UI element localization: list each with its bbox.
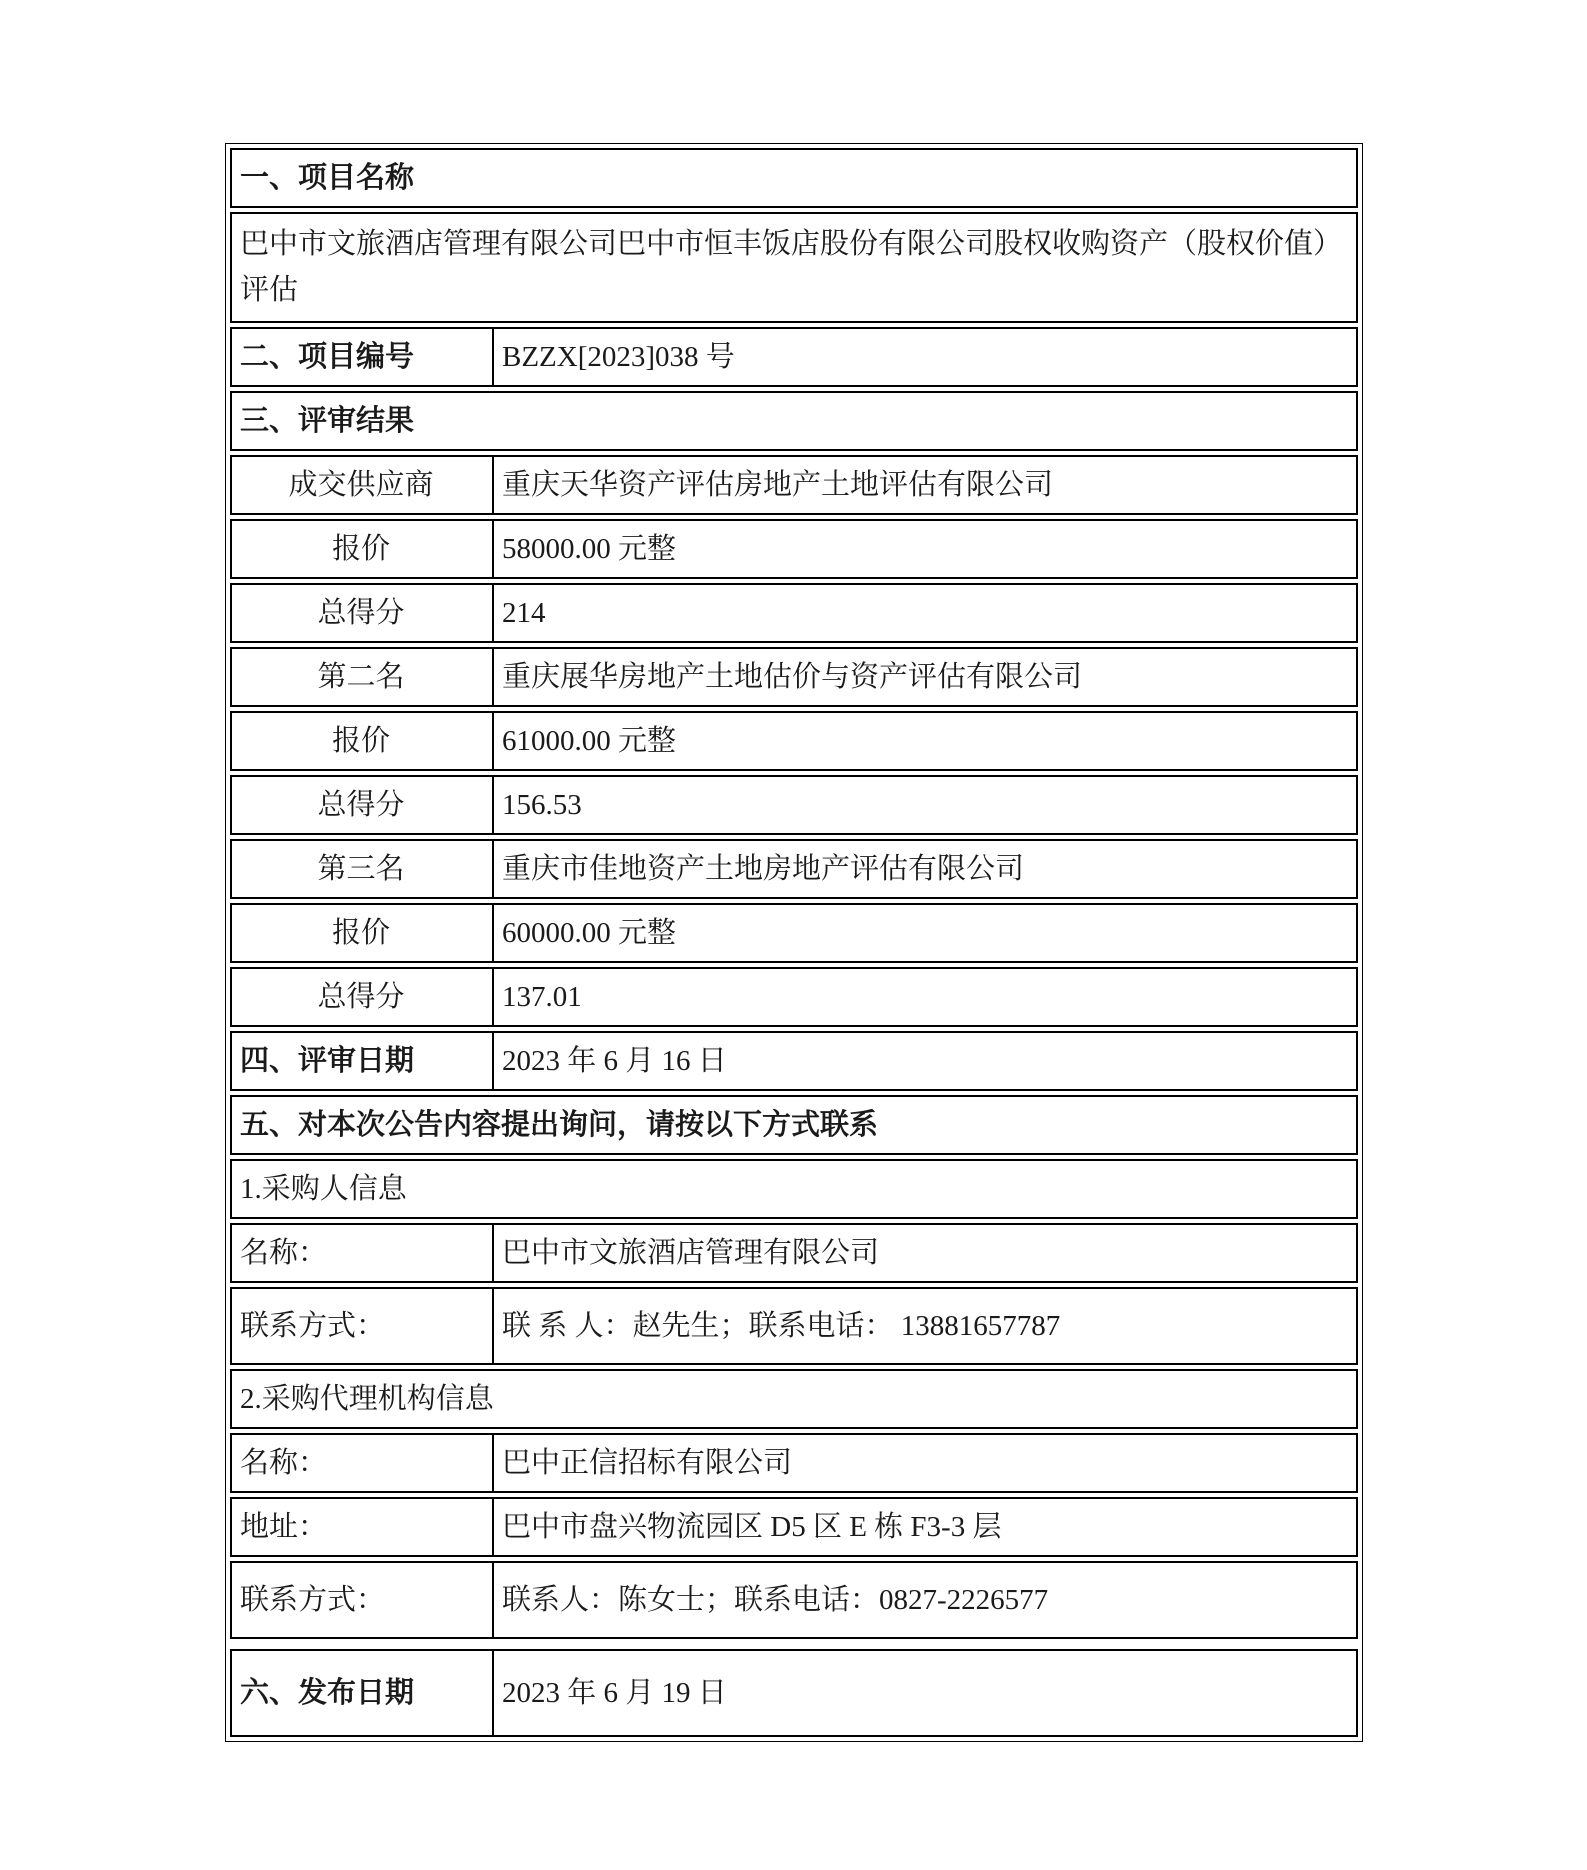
purchaser-contact-row: 联系方式： 联 系 人：赵先生；联系电话： 13881657787 — [230, 1287, 1358, 1365]
cell-value: 2023 年 6 月 16 日 — [494, 1033, 1356, 1089]
agency-address-row: 地址： 巴中市盘兴物流园区 D5 区 E 栋 F3-3 层 — [230, 1497, 1358, 1557]
cell-label: 总得分 — [232, 585, 494, 641]
third-price-row: 报价 60000.00 元整 — [230, 903, 1358, 963]
cell-label: 总得分 — [232, 969, 494, 1025]
cell-value: BZZX[2023]038 号 — [494, 329, 1356, 385]
second-price-row: 报价 61000.00 元整 — [230, 711, 1358, 771]
cell-label: 联系方式： — [232, 1563, 494, 1637]
cell-label: 六、发布日期 — [232, 1651, 494, 1735]
third-place-row: 第三名 重庆市佳地资产土地房地产评估有限公司 — [230, 839, 1358, 899]
cell-value: 2023 年 6 月 19 日 — [494, 1651, 1356, 1735]
agency-name-row: 名称： 巴中正信招标有限公司 — [230, 1433, 1358, 1493]
project-name-row: 巴中市文旅酒店管理有限公司巴中市恒丰饭店股份有限公司股权收购资产（股权价值）评估 — [230, 212, 1358, 323]
cell-label: 名称： — [232, 1435, 494, 1491]
review-result-header-row: 三、评审结果 — [230, 391, 1358, 451]
second-place-row: 第二名 重庆展华房地产土地估价与资产评估有限公司 — [230, 647, 1358, 707]
third-score-row: 总得分 137.01 — [230, 967, 1358, 1027]
cell-label: 地址： — [232, 1499, 494, 1555]
cell-value: 137.01 — [494, 969, 1356, 1025]
announcement-table: 一、项目名称 巴中市文旅酒店管理有限公司巴中市恒丰饭店股份有限公司股权收购资产（… — [225, 143, 1363, 1742]
section-title: 一、项目名称 — [232, 150, 1356, 206]
cell-value: 重庆市佳地资产土地房地产评估有限公司 — [494, 841, 1356, 897]
publish-date-row: 六、发布日期 2023 年 6 月 19 日 — [230, 1649, 1358, 1737]
second-score-row: 总得分 156.53 — [230, 775, 1358, 835]
project-name-text: 巴中市文旅酒店管理有限公司巴中市恒丰饭店股份有限公司股权收购资产（股权价值）评估 — [232, 214, 1356, 321]
cell-value: 214 — [494, 585, 1356, 641]
cell-label: 联系方式： — [232, 1289, 494, 1363]
cell-value: 60000.00 元整 — [494, 905, 1356, 961]
cell-value: 巴中市文旅酒店管理有限公司 — [494, 1225, 1356, 1281]
purchaser-info-header-row: 1.采购人信息 — [230, 1159, 1358, 1219]
cell-label: 二、项目编号 — [232, 329, 494, 385]
cell-value: 重庆天华资产评估房地产土地评估有限公司 — [494, 457, 1356, 513]
winning-score-row: 总得分 214 — [230, 583, 1358, 643]
cell-label: 成交供应商 — [232, 457, 494, 513]
cell-label: 报价 — [232, 905, 494, 961]
subsection-title: 1.采购人信息 — [232, 1161, 1356, 1217]
cell-label: 第三名 — [232, 841, 494, 897]
agency-info-header-row: 2.采购代理机构信息 — [230, 1369, 1358, 1429]
review-date-row: 四、评审日期 2023 年 6 月 16 日 — [230, 1031, 1358, 1091]
project-name-header-row: 一、项目名称 — [230, 148, 1358, 208]
section-title: 五、对本次公告内容提出询问，请按以下方式联系 — [232, 1097, 1356, 1153]
cell-label: 报价 — [232, 521, 494, 577]
cell-label: 总得分 — [232, 777, 494, 833]
subsection-title: 2.采购代理机构信息 — [232, 1371, 1356, 1427]
cell-value: 58000.00 元整 — [494, 521, 1356, 577]
cell-label: 报价 — [232, 713, 494, 769]
project-number-row: 二、项目编号 BZZX[2023]038 号 — [230, 327, 1358, 387]
cell-value: 巴中正信招标有限公司 — [494, 1435, 1356, 1491]
agency-contact-row: 联系方式： 联系人：陈女士；联系电话：0827-2226577 — [230, 1561, 1358, 1639]
cell-value: 巴中市盘兴物流园区 D5 区 E 栋 F3-3 层 — [494, 1499, 1356, 1555]
winning-supplier-row: 成交供应商 重庆天华资产评估房地产土地评估有限公司 — [230, 455, 1358, 515]
cell-label: 第二名 — [232, 649, 494, 705]
cell-value: 重庆展华房地产土地估价与资产评估有限公司 — [494, 649, 1356, 705]
cell-label: 名称： — [232, 1225, 494, 1281]
contact-section-header-row: 五、对本次公告内容提出询问，请按以下方式联系 — [230, 1095, 1358, 1155]
winning-price-row: 报价 58000.00 元整 — [230, 519, 1358, 579]
section-title: 三、评审结果 — [232, 393, 1356, 449]
purchaser-name-row: 名称： 巴中市文旅酒店管理有限公司 — [230, 1223, 1358, 1283]
cell-label: 四、评审日期 — [232, 1033, 494, 1089]
cell-value: 61000.00 元整 — [494, 713, 1356, 769]
document-page: { "colors": { "background": "#ffffff", "… — [0, 0, 1587, 1870]
cell-value: 156.53 — [494, 777, 1356, 833]
cell-value: 联系人：陈女士；联系电话：0827-2226577 — [494, 1563, 1356, 1637]
cell-value: 联 系 人：赵先生；联系电话： 13881657787 — [494, 1289, 1356, 1363]
